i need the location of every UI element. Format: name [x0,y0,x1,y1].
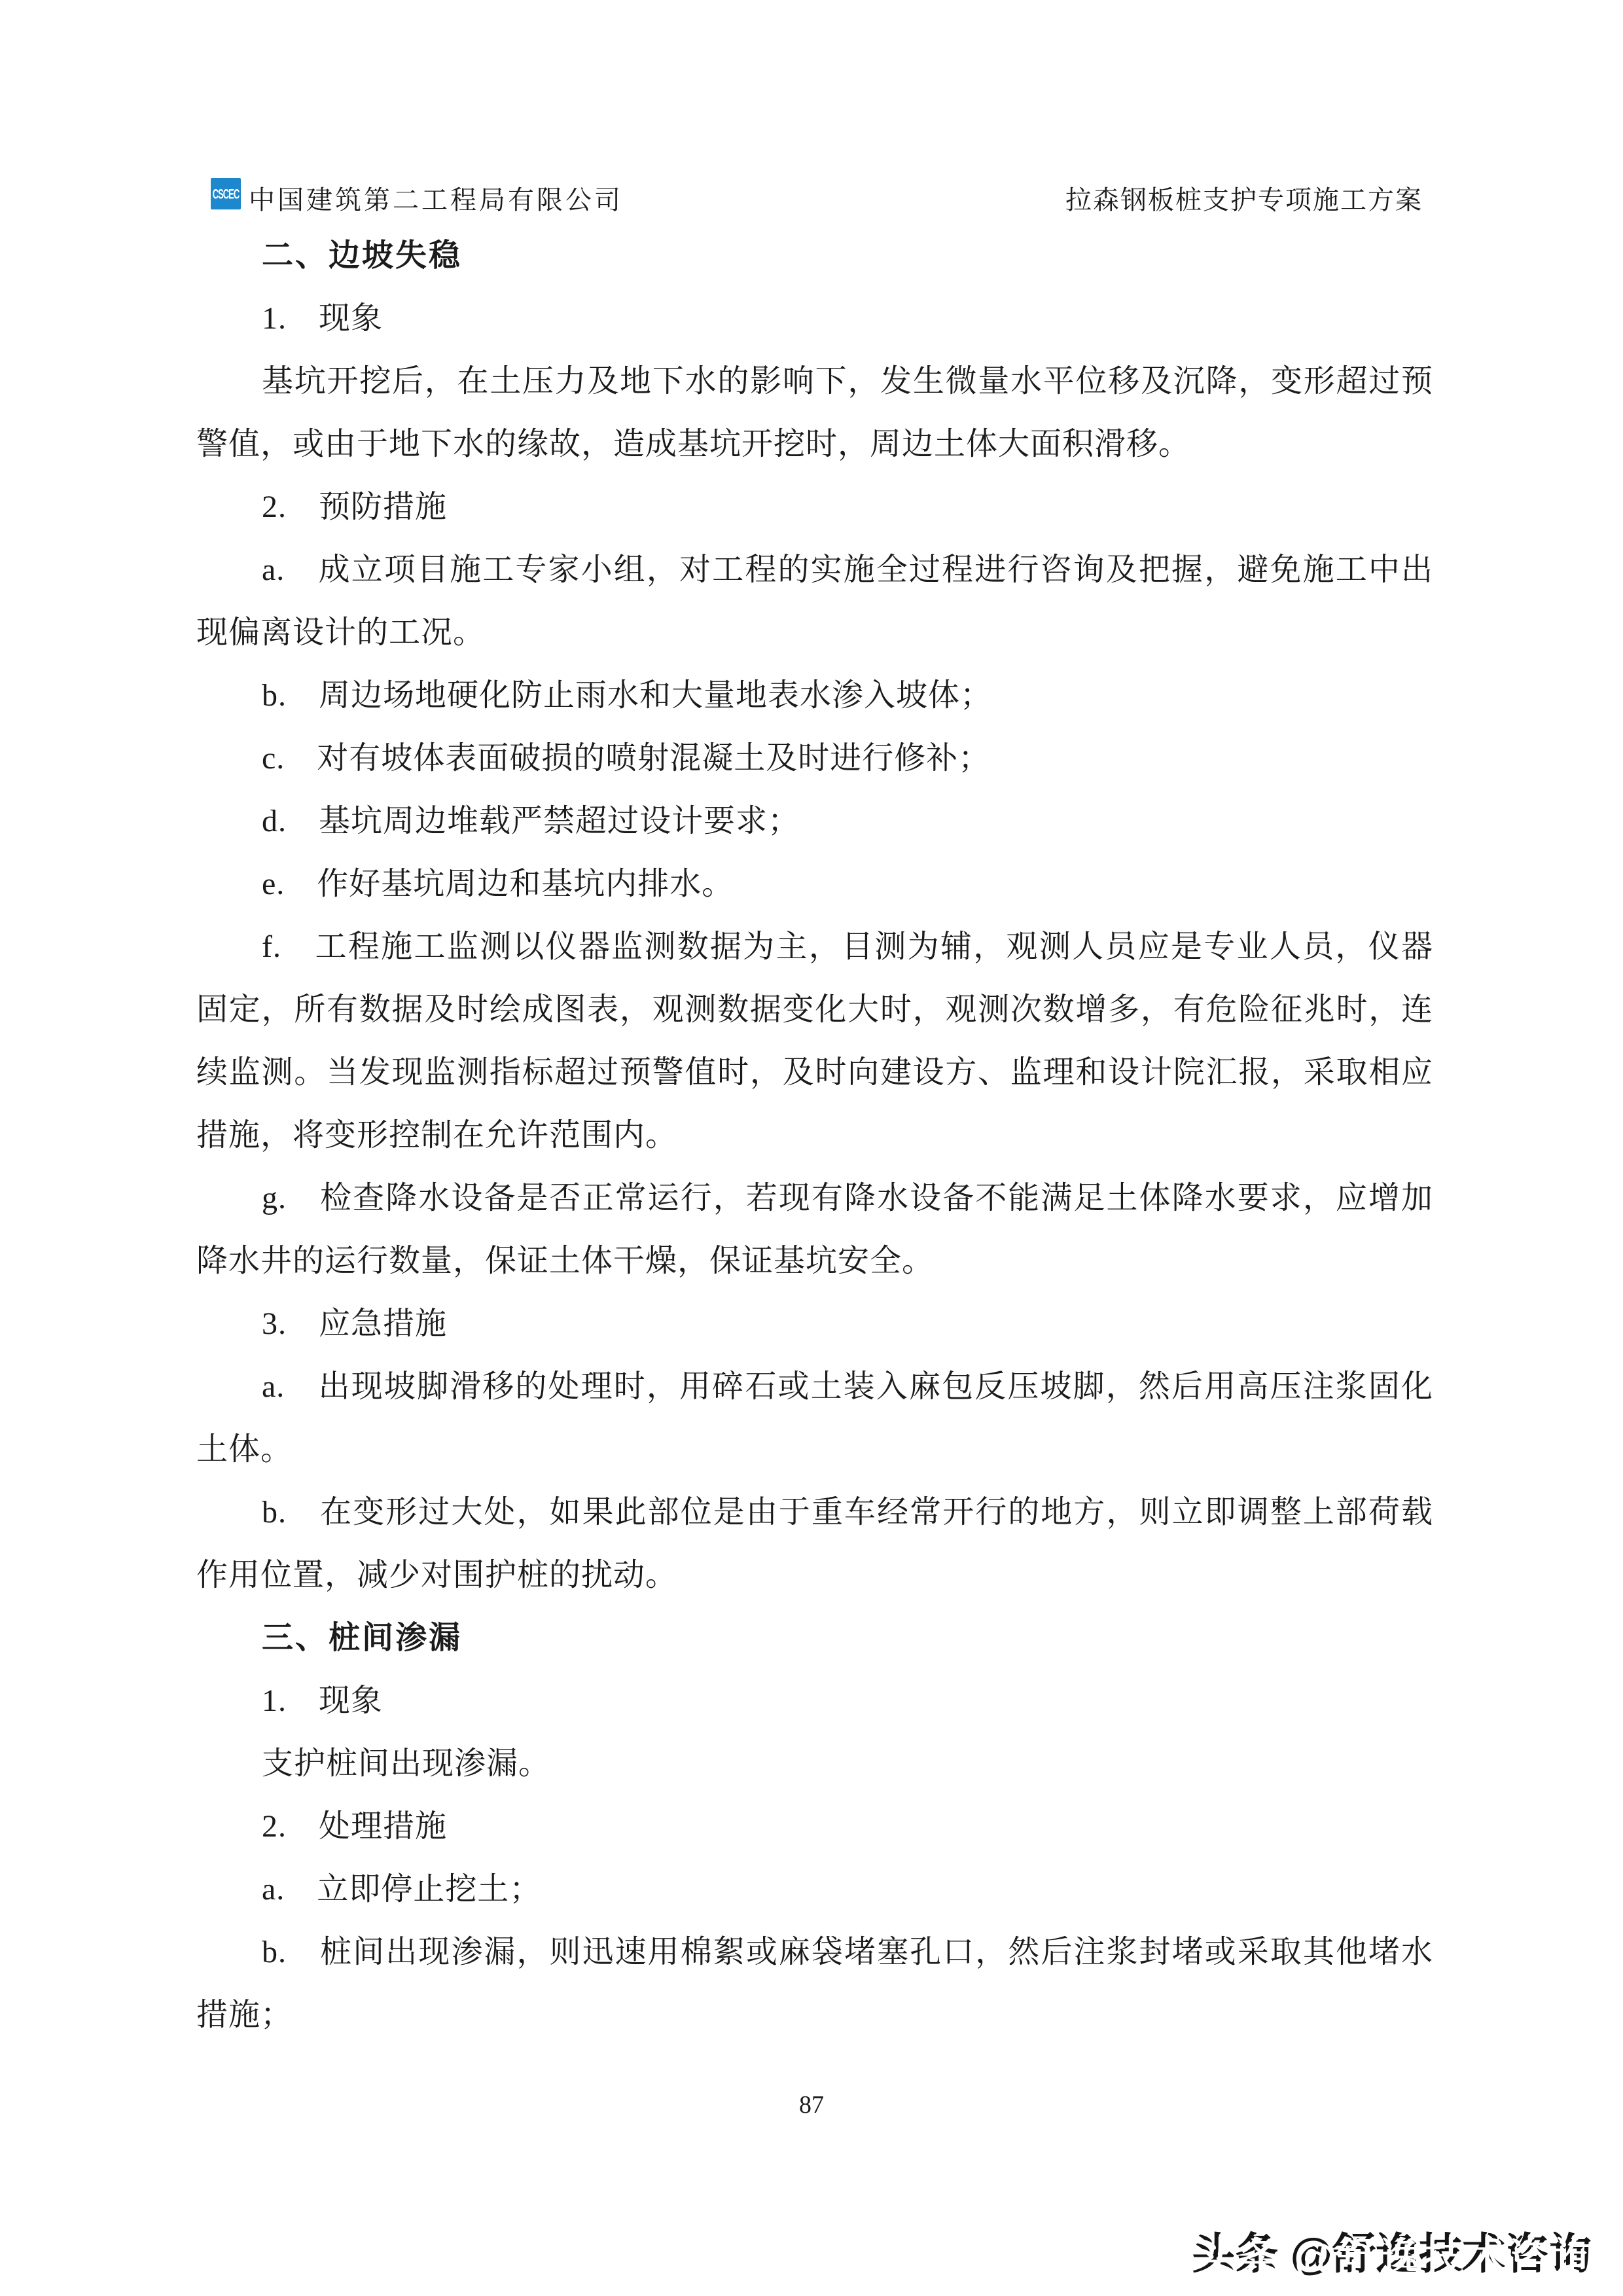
cscec-logo-icon: CSCEC [211,178,241,209]
document-body: 二、边坡失稳 1. 现象 基坑开挖后，在土压力及地下水的影响下，发生微量水平位移… [196,224,1433,2047]
page-header: CSCEC 中国建筑第二工程局有限公司 拉森钢板桩支护专项施工方案 [0,0,1623,223]
body-line: 2. 处理措施 [196,1795,1433,1858]
body-line: 续监测。当发现监测指标超过预警值时，及时向建设方、监理和设计院汇报，采取相应 [196,1041,1433,1104]
body-line: c. 对有坡体表面破损的喷射混凝土及时进行修补； [196,727,1433,790]
header-doc-title: 拉森钢板桩支护专项施工方案 [1065,179,1423,217]
section-heading: 三、桩间渗漏 [196,1607,1433,1670]
body-line: 现偏离设计的工况。 [196,601,1433,664]
watermark-front-text: 头条 @舒逸技术咨询 [1196,2224,1596,2286]
body-line: 支护桩间出现渗漏。 [196,1732,1433,1795]
body-line: f. 工程施工监测以仪器监测数据为主，目测为辅，观测人员应是专业人员，仪器 [196,916,1433,978]
body-line: 措施，将变形控制在允许范围内。 [196,1104,1433,1167]
body-line: 措施； [196,1984,1433,2047]
watermark: 头条 @舒逸技术咨询 头条 @舒逸技术咨询 [1192,2219,1592,2291]
body-line: 基坑开挖后，在土压力及地下水的影响下，发生微量水平位移及沉降，变形超过预 [196,350,1433,413]
body-line: 警值，或由于地下水的缘故，造成基坑开挖时，周边土体大面积滑移。 [196,413,1433,476]
cscec-logo-text: CSCEC [213,186,240,202]
body-line: 1. 现象 [196,1670,1433,1732]
body-line: a. 出现坡脚滑移的处理时，用碎石或土装入麻包反压坡脚，然后用高压注浆固化 [196,1355,1433,1418]
body-line: 1. 现象 [196,287,1433,350]
body-line: 作用位置，减少对围护桩的扰动。 [196,1544,1433,1607]
body-line: e. 作好基坑周边和基坑内排水。 [196,853,1433,916]
body-line: g. 检查降水设备是否正常运行，若现有降水设备不能满足土体降水要求，应增加 [196,1167,1433,1230]
body-line: 土体。 [196,1418,1433,1481]
page-number: 87 [0,2090,1623,2119]
body-line: b. 桩间出现渗漏，则迅速用棉絮或麻袋堵塞孔口，然后注浆封堵或采取其他堵水 [196,1921,1433,1984]
body-line: 降水井的运行数量，保证土体干燥，保证基坑安全。 [196,1230,1433,1293]
section-heading: 二、边坡失稳 [196,224,1433,287]
body-line: b. 周边场地硬化防止雨水和大量地表水渗入坡体； [196,664,1433,727]
body-line: 2. 预防措施 [196,476,1433,539]
header-company-name: 中国建筑第二工程局有限公司 [249,179,623,217]
body-line: b. 在变形过大处，如果此部位是由于重车经常开行的地方，则立即调整上部荷载 [196,1481,1433,1544]
body-line: d. 基坑周边堆载严禁超过设计要求； [196,790,1433,853]
body-line: 固定，所有数据及时绘成图表，观测数据变化大时，观测次数增多，有危险征兆时，连 [196,978,1433,1041]
body-line: a. 成立项目施工专家小组，对工程的实施全过程进行咨询及把握，避免施工中出 [196,539,1433,601]
document-page: CSCEC 中国建筑第二工程局有限公司 拉森钢板桩支护专项施工方案 二、边坡失稳… [0,0,1623,2296]
body-line: 3. 应急措施 [196,1293,1433,1355]
body-line: a. 立即停止挖土； [196,1858,1433,1921]
